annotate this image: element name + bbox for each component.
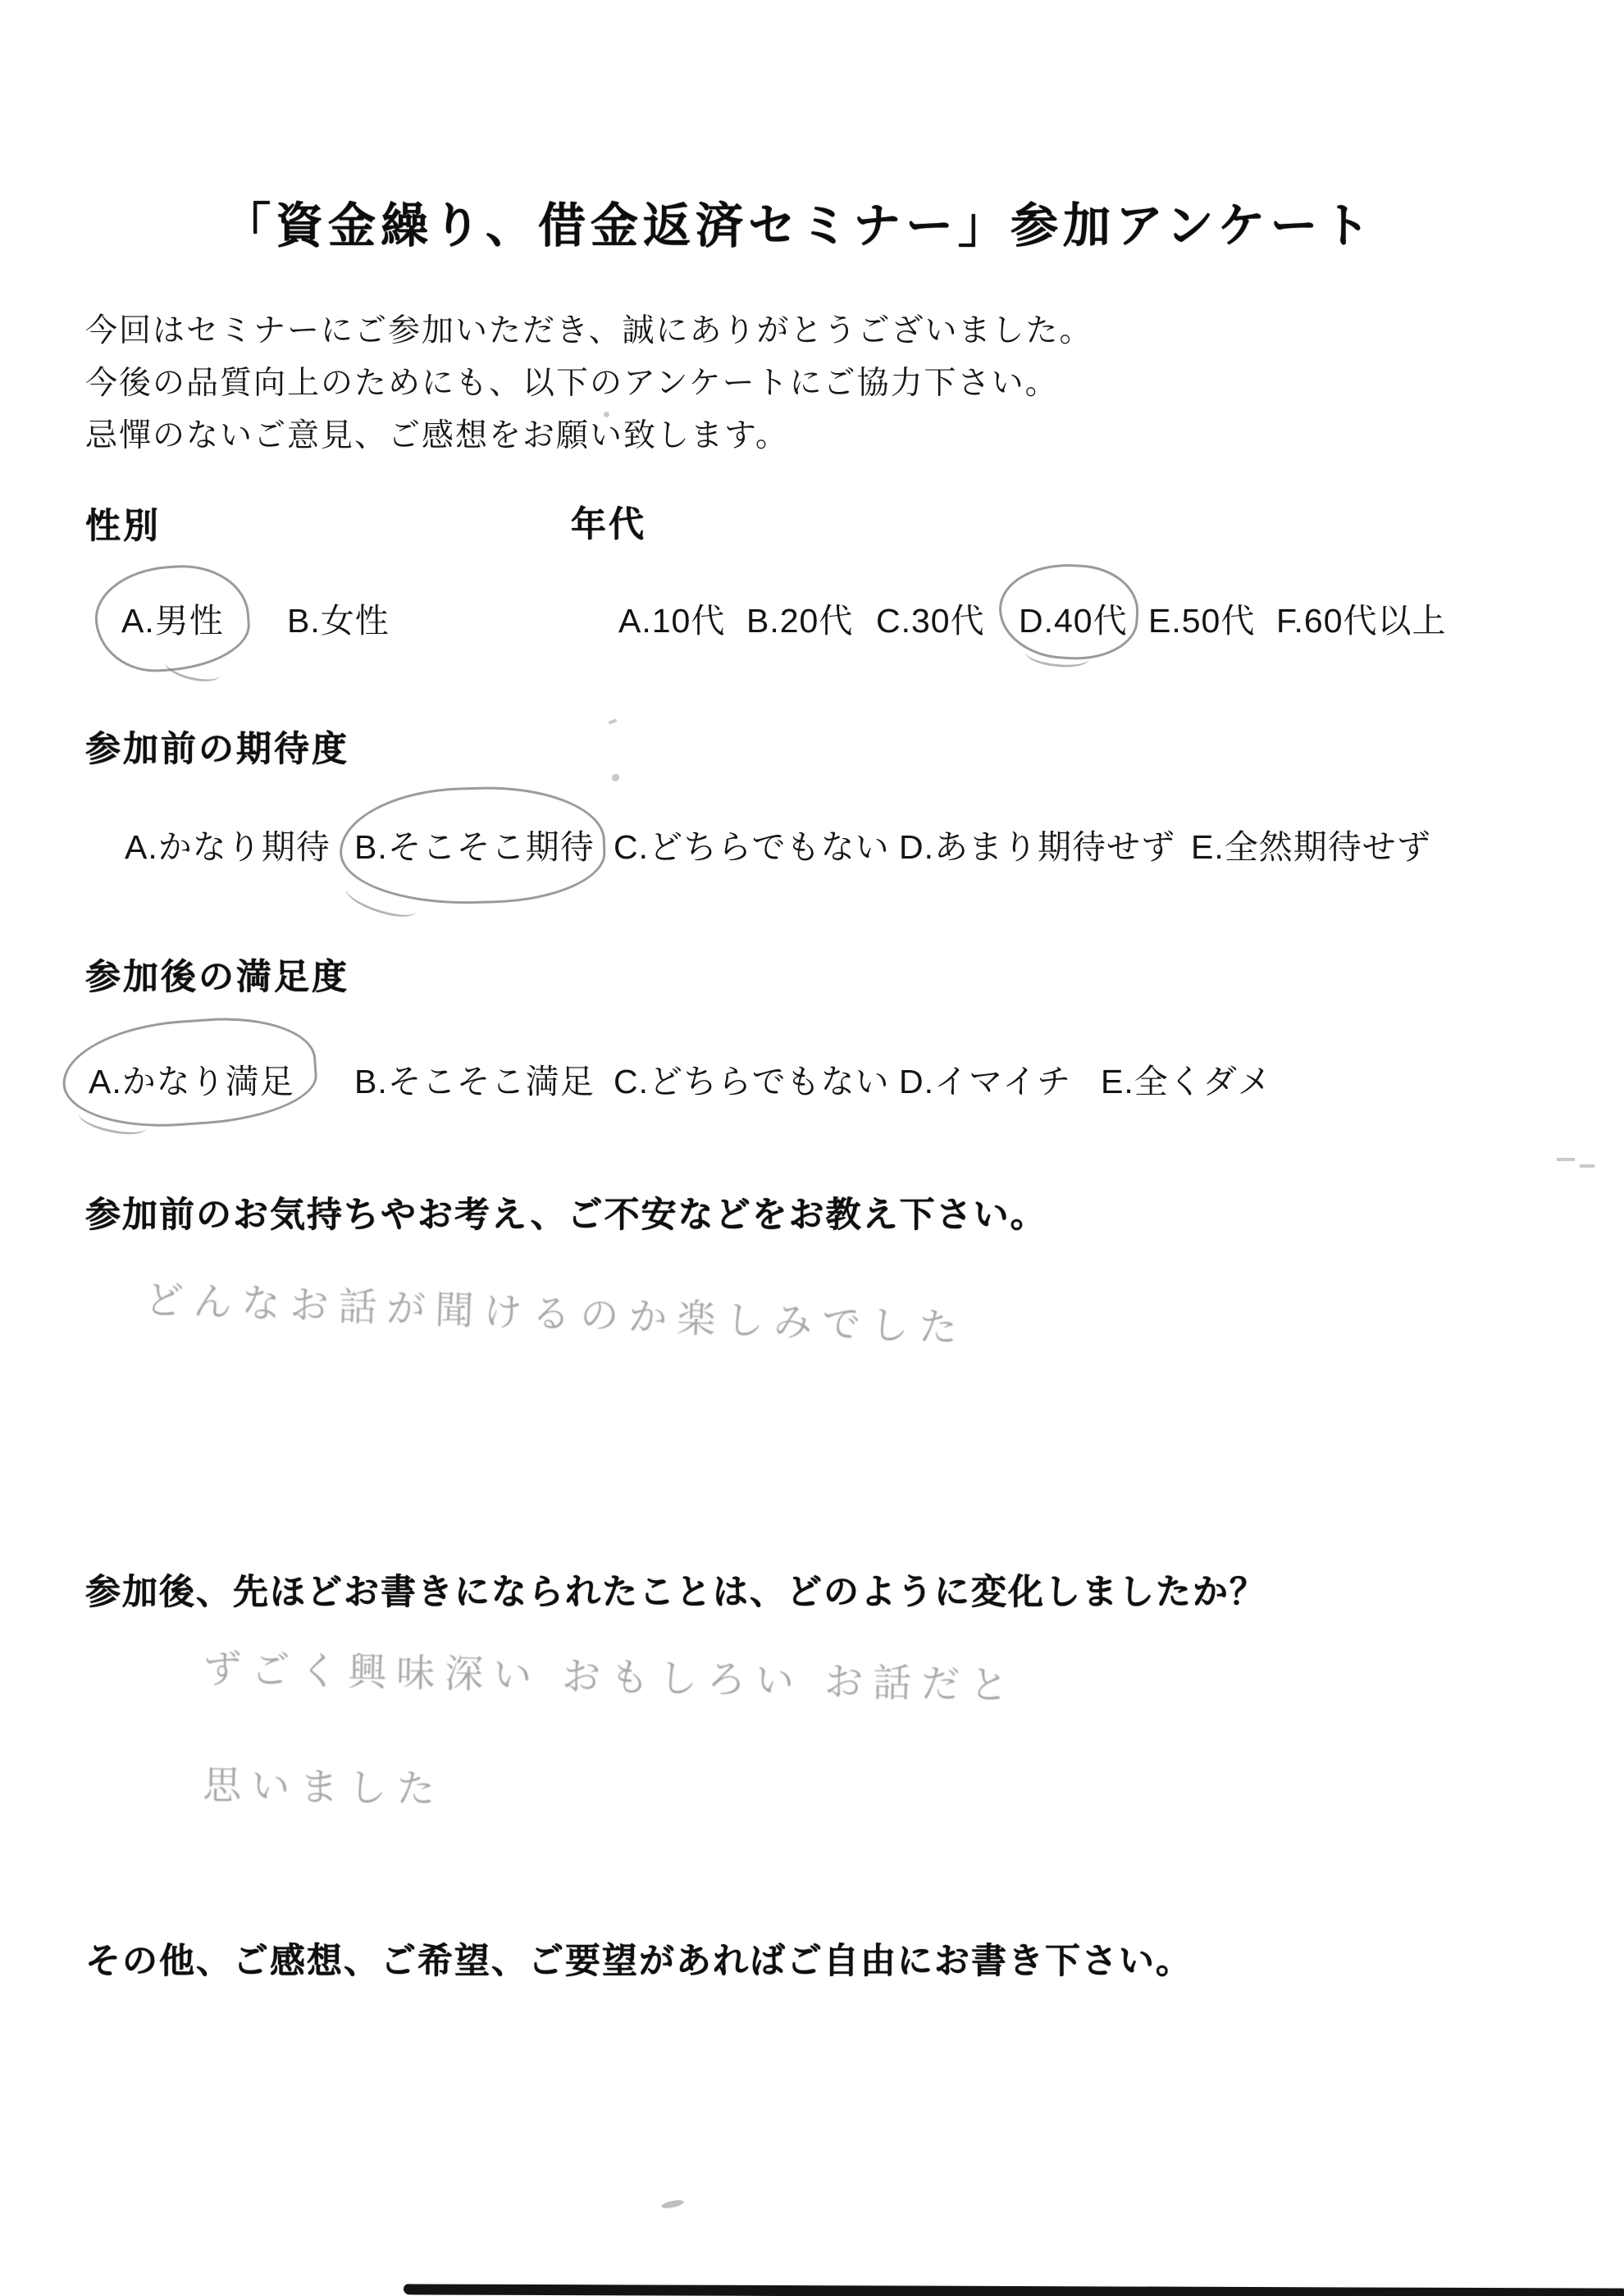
- age-option-10s: A.10代: [618, 594, 725, 642]
- form-title: 「資金繰り、借金返済セミナー」参加アンケート: [223, 187, 1375, 256]
- satisfaction-option-d: D.イマイチ: [899, 1055, 1071, 1103]
- scan-speck-dash-2: [1580, 1164, 1594, 1168]
- age-option-50s: E.50代: [1148, 594, 1255, 642]
- gender-option-female: B.女性: [287, 594, 390, 642]
- intro-line-3: 忌憚のないご意見、ご感想をお願い致します。: [85, 410, 789, 456]
- question-feelings-before-label: 参加前のお気持ちやお考え、ご不安などをお教え下さい。: [85, 1187, 1047, 1237]
- scan-speck-dot: [604, 412, 609, 417]
- handwritten-answer-change-after-line-2: 思いました: [203, 1755, 445, 1814]
- satisfaction-option-c: C.どちらでもない: [614, 1055, 890, 1103]
- age-option-30s: C.30代: [876, 594, 985, 642]
- scan-speck-bottom: [660, 2198, 684, 2210]
- satisfaction-option-e: E.全くダメ: [1101, 1055, 1272, 1103]
- scan-edge-artifact: [404, 2284, 1624, 2296]
- expectation-option-a: A.かなり期待: [125, 820, 331, 868]
- question-change-after-label: 参加後、先ほどお書きになられたことは、どのように変化しましたか？: [85, 1565, 1266, 1615]
- age-option-20s: B.20代: [746, 594, 853, 642]
- age-section-label: 年代: [571, 497, 646, 547]
- scan-speck-mark-1: [609, 718, 618, 724]
- scan-speck-mark-2: [612, 774, 619, 781]
- question-other-comments-label: その他、ご感想、ご希望、ご要望があればご自由にお書き下さい。: [85, 1934, 1193, 1984]
- intro-line-2: 今後の品質向上のためにも、以下のアンケートにご協力下さい。: [85, 358, 1059, 403]
- age-option-60s-plus: F.60代以上: [1276, 594, 1447, 642]
- expectation-option-e: E.全然期待せず: [1191, 820, 1431, 868]
- expectation-section-label: 参加前の期待度: [85, 722, 349, 772]
- gender-section-label: 性別: [85, 499, 161, 549]
- satisfaction-option-b: B.そこそこ満足: [354, 1055, 595, 1103]
- scanned-questionnaire-page: 「資金繰り、借金返済セミナー」参加アンケート 今回はセミナーにご参加いただき、誠…: [0, 0, 1624, 2296]
- handwritten-answer-feelings-before: どんなお話が聞けるのか楽しみでした: [144, 1269, 969, 1353]
- scan-speck-dash-1: [1557, 1158, 1575, 1161]
- expectation-option-c: C.どちらでもない: [614, 820, 890, 868]
- satisfaction-section-label: 参加後の満足度: [85, 950, 349, 1000]
- intro-line-1: 今回はセミナーにご参加いただき、誠にありがとうございました。: [85, 305, 1093, 351]
- expectation-option-d: D.あまり期待せず: [899, 820, 1175, 868]
- handwritten-answer-change-after-line-1: ずごく興味深い おもしろい お話だと: [203, 1638, 1019, 1711]
